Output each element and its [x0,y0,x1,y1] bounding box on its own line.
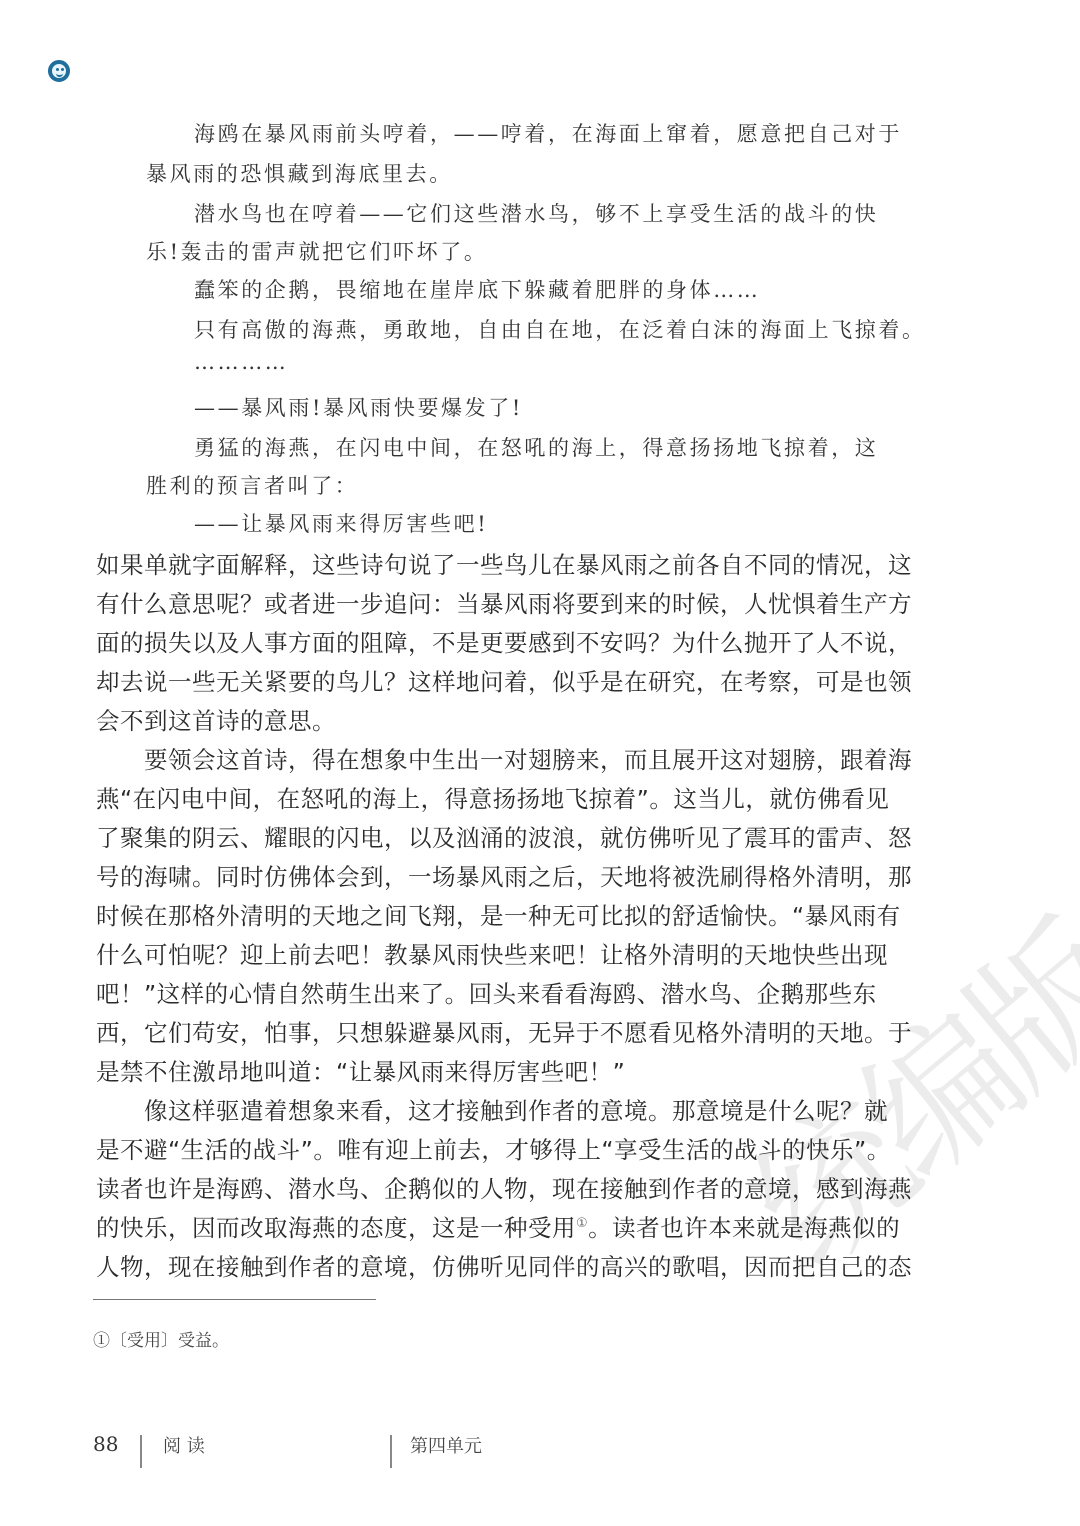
line-text: 是禁不住激昂地叫道：“让暴风雨来得厉害些吧！” [96,1058,625,1086]
paragraph-line: 是禁不住激昂地叫道：“让暴风雨来得厉害些吧！” [96,1053,625,1087]
line-text: 吧！”这样的心情自然萌生出来了。回头来看看海鸥、潜水鸟、企鹅那些东 [96,980,877,1008]
poem-line: 胜利的预言者叫了： [146,470,358,500]
poem-line: 只有高傲的海燕，勇敢地，自由自在地，在泛着白沫的海面上飞掠着。 [194,314,926,344]
paragraph-line: 读者也许是海鸥、潜水鸟、企鹅似的人物，现在接触到作者的意境，感到海燕 [96,1170,912,1204]
paragraph-line: 西，它们苟安，怕事，只想躲避暴风雨，无异于不愿看见格外清明的天地。于 [96,1014,912,1048]
footer-section: 阅 读 [163,1432,205,1458]
poem-line: ——暴风雨!暴风雨快要爆发了! [194,392,523,422]
footer-unit: 第四单元 [410,1432,482,1458]
paragraph-line: 却去说一些无关紧要的鸟儿？这样地问着，似乎是在研究，在考察，可是也领 [96,663,912,697]
line-text: 。读者也许本来就是海燕似的 [588,1214,900,1242]
paragraph-line: 会不到这首诗的意思。 [96,702,336,736]
paragraph-line: 燕“在闪电中间，在怒吼的海上，得意扬扬地飞掠着”。这当儿，就仿佛看见 [96,780,889,814]
line-text: 却去说一些无关紧要的鸟儿？这样地问着，似乎是在研究，在考察，可是也领 [96,668,912,696]
line-text: 是不避“生活的战斗”。唯有迎上前去，才够得上“享受生活的战斗的快乐”。 [96,1136,891,1164]
footnote-divider [93,1299,376,1300]
line-text: 的快乐，因而改取海燕的态度，这是一种受用 [96,1214,576,1242]
poem-line: 乐!轰击的雷声就把它们吓坏了。 [146,236,487,266]
footnote: ①〔受用〕受益。 [93,1326,229,1351]
poem-line: 海鸥在暴风雨前头哼着，——哼着，在海面上窜着，愿意把自己对于 [194,118,902,148]
poem-line: 暴风雨的恐惧藏到海底里去。 [146,158,453,188]
poem-line: 勇猛的海燕，在闪电中间，在怒吼的海上，得意扬扬地飞掠着，这 [194,432,878,462]
line-text: 了聚集的阴云、耀眼的闪电，以及汹涌的波浪，就仿佛听见了震耳的雷声、怒 [96,824,912,852]
paragraph-line: 像这样驱遣着想象来看，这才接触到作者的意境。那意境是什么呢？就 [144,1092,888,1126]
footnote-ref[interactable]: ① [576,1216,588,1231]
paragraph-line: 了聚集的阴云、耀眼的闪电，以及汹涌的波浪，就仿佛听见了震耳的雷声、怒 [96,819,912,853]
line-text: 什么可怕呢？迎上前去吧！教暴风雨快些来吧！让格外清明的天地快些出现 [96,941,888,969]
line-text: 会不到这首诗的意思。 [96,707,336,735]
smiley-icon [48,60,70,82]
paragraph-line: 要领会这首诗，得在想象中生出一对翅膀来，而且展开这对翅膀，跟着海 [144,741,912,775]
footer-separator [140,1435,142,1468]
footer-separator [390,1435,392,1468]
paragraph-line: 什么可怕呢？迎上前去吧！教暴风雨快些来吧！让格外清明的天地快些出现 [96,936,888,970]
line-text: 面的损失以及人事方面的阻障，不是更要感到不安吗？为什么抛开了人不说， [96,629,912,657]
paragraph-line: 是不避“生活的战斗”。唯有迎上前去，才够得上“享受生活的战斗的快乐”。 [96,1131,891,1165]
line-text: 号的海啸。同时仿佛体会到，一场暴风雨之后，天地将被洗刷得格外清明，那 [96,863,912,891]
page-number: 88 [93,1432,118,1456]
line-text: 人物，现在接触到作者的意境，仿佛听见同伴的高兴的歌唱，因而把自己的态 [96,1253,912,1281]
line-text: 读者也许是海鸥、潜水鸟、企鹅似的人物，现在接触到作者的意境，感到海燕 [96,1175,912,1203]
paragraph-line: 时候在那格外清明的天地之间飞翔，是一种无可比拟的舒适愉快。“暴风雨有 [96,897,901,931]
paragraph-line: 面的损失以及人事方面的阻障，不是更要感到不安吗？为什么抛开了人不说， [96,624,912,658]
poem-line: ——让暴风雨来得厉害些吧! [194,508,488,538]
paragraph-line: 吧！”这样的心情自然萌生出来了。回头来看看海鸥、潜水鸟、企鹅那些东 [96,975,877,1009]
paragraph-line: 号的海啸。同时仿佛体会到，一场暴风雨之后，天地将被洗刷得格外清明，那 [96,858,912,892]
smiley-mouth [56,72,63,77]
paragraph-line: 人物，现在接触到作者的意境，仿佛听见同伴的高兴的歌唱，因而把自己的态 [96,1248,912,1282]
poem-line: ………… [194,350,288,374]
paragraph-line: 的快乐，因而改取海燕的态度，这是一种受用①。读者也许本来就是海燕似的 [96,1209,900,1243]
line-text: 有什么意思呢？或者进一步追问：当暴风雨将要到来的时候，人忧惧着生产方 [96,590,912,618]
paragraph-line: 有什么意思呢？或者进一步追问：当暴风雨将要到来的时候，人忧惧着生产方 [96,585,912,619]
poem-line: 蠢笨的企鹅，畏缩地在崖岸底下躲藏着肥胖的身体…… [194,274,760,304]
line-text: 燕“在闪电中间，在怒吼的海上，得意扬扬地飞掠着”。这当儿，就仿佛看见 [96,785,889,813]
poem-line: 潜水鸟也在哼着——它们这些潜水鸟，够不上享受生活的战斗的快 [194,198,878,228]
smiley-eye-right [61,68,64,71]
line-text: 西，它们苟安，怕事，只想躲避暴风雨，无异于不愿看见格外清明的天地。于 [96,1019,912,1047]
line-text: 时候在那格外清明的天地之间飞翔，是一种无可比拟的舒适愉快。“暴风雨有 [96,902,901,930]
line-text: 要领会这首诗，得在想象中生出一对翅膀来，而且展开这对翅膀，跟着海 [144,746,912,774]
line-text: 如果单就字面解释，这些诗句说了一些鸟儿在暴风雨之前各自不同的情况，这 [96,551,912,579]
line-text: 像这样驱遣着想象来看，这才接触到作者的意境。那意境是什么呢？就 [144,1097,888,1125]
smiley-eye-left [56,68,59,71]
paragraph-line: 如果单就字面解释，这些诗句说了一些鸟儿在暴风雨之前各自不同的情况，这 [96,546,912,580]
